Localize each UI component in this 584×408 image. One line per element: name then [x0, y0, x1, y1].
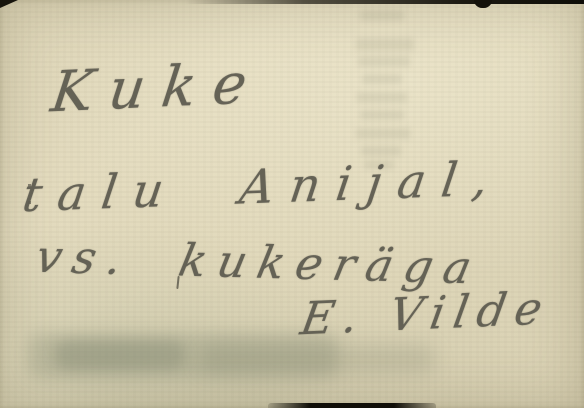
bleedthrough-ghost	[356, 128, 410, 139]
scanned-note: Kuke talu Anijal, vs. kukeräga E. Vilde	[0, 0, 584, 408]
bleedthrough-ghost	[360, 110, 404, 120]
handwriting-line-1: Kuke	[47, 51, 267, 126]
bleedthrough-ghost	[358, 56, 410, 67]
bleedthrough-ghost	[357, 92, 407, 103]
bleedthrough-headline-smudge	[200, 344, 435, 374]
bleedthrough-headline-smudge	[55, 340, 185, 370]
handwriting-signature: E. Vilde	[297, 281, 555, 345]
scan-edge-corner	[0, 0, 18, 8]
scan-edge-bottom	[268, 403, 436, 408]
bleedthrough-ghost	[360, 10, 404, 21]
bleedthrough-ghost	[362, 74, 402, 84]
bleedthrough-ghost	[356, 38, 414, 51]
stray-pencil-mark	[28, 184, 31, 204]
scan-edge-top	[185, 0, 584, 4]
